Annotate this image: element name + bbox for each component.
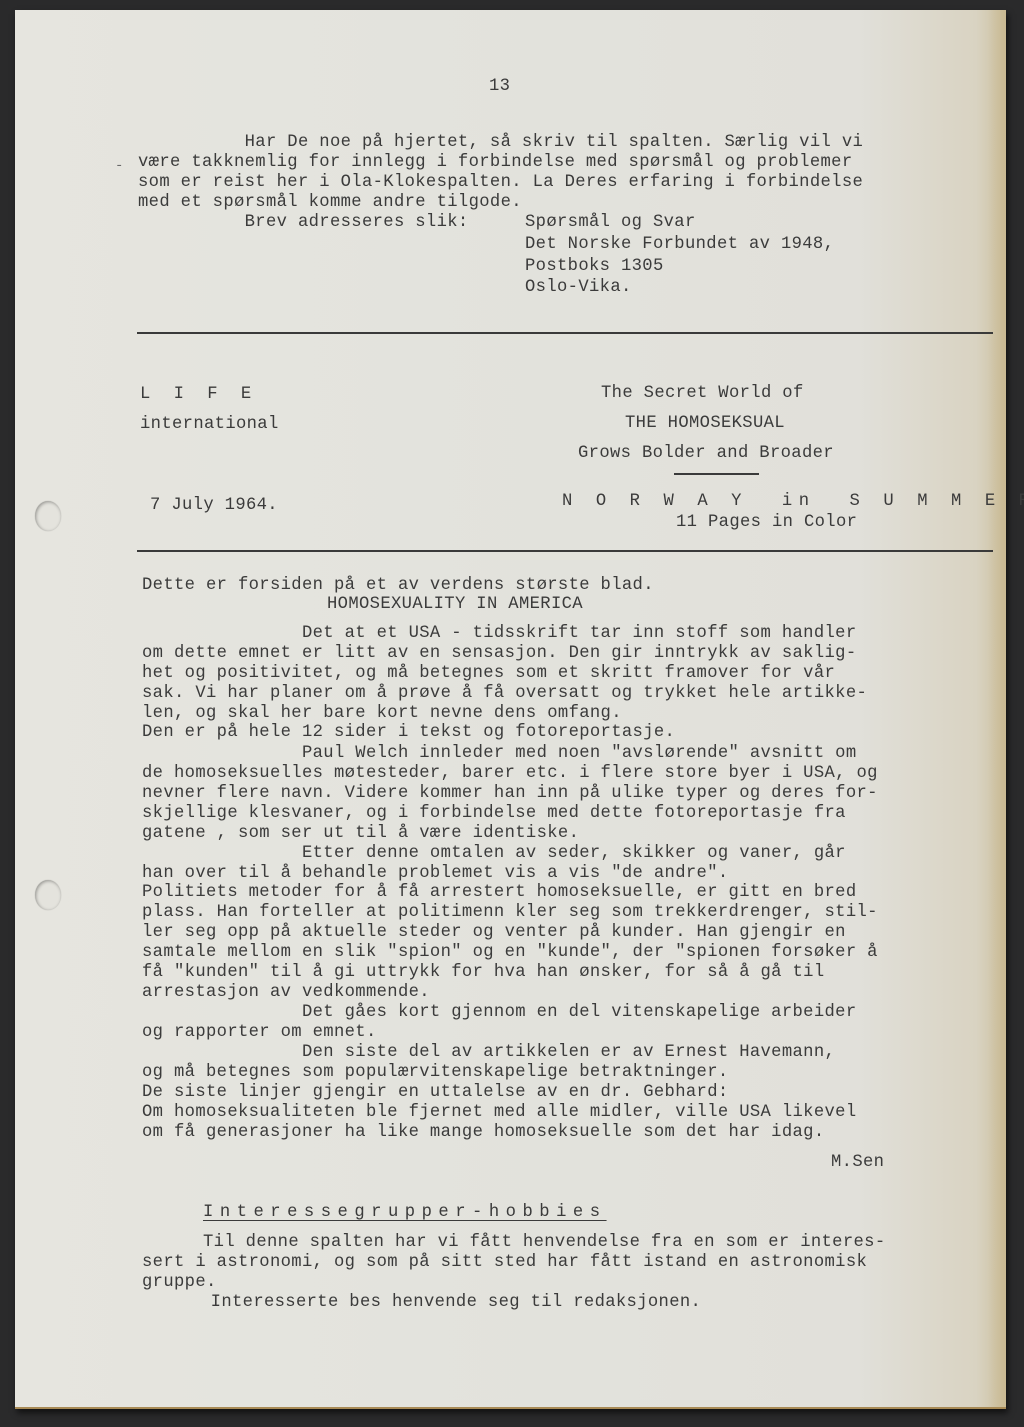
- article-line: samtale mellom en slik "spion" og en "ku…: [142, 943, 878, 963]
- article-line: het og positivitet, og må betegnes som e…: [142, 664, 835, 684]
- document-page: - 13 Har De noe på hjertet, så skriv til…: [15, 10, 1006, 1409]
- article-line: og rapporter om emnet.: [142, 1023, 377, 1043]
- article-signature: M.Sen: [831, 1153, 884, 1173]
- article-line: få "kunden" til å gi uttrykk for hva han…: [142, 963, 825, 983]
- magazine-edition: international: [140, 415, 279, 435]
- article-line: Det gåes kort gjennom en del vitenskapel…: [142, 1003, 857, 1023]
- page-edge-shading: [988, 10, 1006, 1407]
- page-number: 13: [489, 77, 510, 97]
- cover-line-3: Grows Bolder and Broader: [578, 444, 834, 464]
- cover-line-1: The Secret World of: [601, 384, 804, 404]
- intro-line-3: som er reist her i Ola-Klokespalten. La …: [138, 173, 863, 193]
- address-line-1: Spørsmål og Svar: [525, 213, 696, 233]
- hobbies-line-4: Interesserte bes henvende seg til redaks…: [168, 1293, 701, 1313]
- article-line: Om homoseksualiteten ble fjernet med all…: [142, 1103, 857, 1123]
- hobbies-line-2: sert i astronomi, og som på sitt sted ha…: [142, 1253, 867, 1273]
- address-line-3: Postboks 1305: [525, 257, 664, 277]
- cover-line-2: THE HOMOSEKSUAL: [625, 414, 785, 434]
- magazine-name: L I F E: [140, 385, 258, 405]
- article-line: Den siste del av artikkelen er av Ernest…: [142, 1043, 835, 1063]
- article-line: Politiets metoder for å få arrestert hom…: [142, 883, 857, 903]
- hobbies-line-1: Til denne spalten har vi fått henvendels…: [203, 1233, 886, 1253]
- article-line: sak. Vi har planer om å prøve å få overs…: [142, 684, 867, 704]
- cover-feature-sub: 11 Pages in Color: [676, 513, 857, 533]
- article-line: nevner flere navn. Videre kommer han inn…: [142, 784, 878, 804]
- article-line: ler seg opp på aktuelle steder og venter…: [142, 923, 846, 943]
- intro-line-1: Har De noe på hjertet, så skriv til spal…: [138, 133, 863, 153]
- divider-bottom: [137, 550, 993, 552]
- punch-hole-top: [35, 501, 61, 531]
- punch-hole-bottom: [35, 880, 61, 910]
- article-line: om dette emnet er litt av en sensasjon. …: [142, 644, 857, 664]
- article-line: de homoseksuelles møtesteder, barer etc.…: [142, 764, 878, 784]
- article-line: han over til å behandle problemet vis a …: [142, 864, 729, 884]
- divider-top: [137, 332, 993, 334]
- article-line: gatene , som ser ut til å være identiske…: [142, 824, 579, 844]
- hobbies-line-3: gruppe.: [142, 1273, 217, 1293]
- article-line: arrestasjon av vedkommende.: [142, 983, 430, 1003]
- article-line: Det at et USA - tidsskrift tar inn stoff…: [142, 624, 857, 644]
- address-line-2: Det Norske Forbundet av 1948,: [525, 235, 834, 255]
- article-line: Paul Welch innleder med noen "avslørende…: [142, 744, 857, 764]
- intro-line-4: med et spørsmål komme andre tilgode.: [138, 193, 522, 213]
- cover-feature: N O R W A Y in S U M M E R: [562, 492, 1024, 512]
- address-label: Brev adresseres slik:: [138, 213, 469, 233]
- intro-line-2: være takknemlig for innlegg i forbindels…: [138, 153, 853, 173]
- magazine-date: 7 July 1964.: [150, 496, 278, 516]
- article-title: HOMOSEXUALITY IN AMERICA: [327, 595, 583, 615]
- cover-short-rule: [674, 473, 759, 475]
- address-line-4: Oslo-Vika.: [525, 278, 632, 298]
- article-intro-line: Dette er forsiden på et av verdens størs…: [142, 576, 654, 596]
- margin-dash-mark: -: [115, 158, 123, 174]
- hobbies-heading: Interessegrupper-hobbies: [203, 1203, 607, 1223]
- article-line: Den er på hele 12 sider i tekst og fotor…: [142, 723, 675, 743]
- article-line: skjellige klesvaner, og i forbindelse me…: [142, 804, 846, 824]
- article-line: plass. Han forteller at politimenn kler …: [142, 903, 878, 923]
- article-line: Etter denne omtalen av seder, skikker og…: [142, 844, 846, 864]
- article-line: len, og skal her bare kort nevne dens om…: [142, 704, 622, 724]
- article-line: De siste linjer gjengir en uttalelse av …: [142, 1083, 729, 1103]
- article-line: og må betegnes som populærvitenskapelige…: [142, 1063, 729, 1083]
- article-line: om få generasjoner ha like mange homosek…: [142, 1123, 825, 1143]
